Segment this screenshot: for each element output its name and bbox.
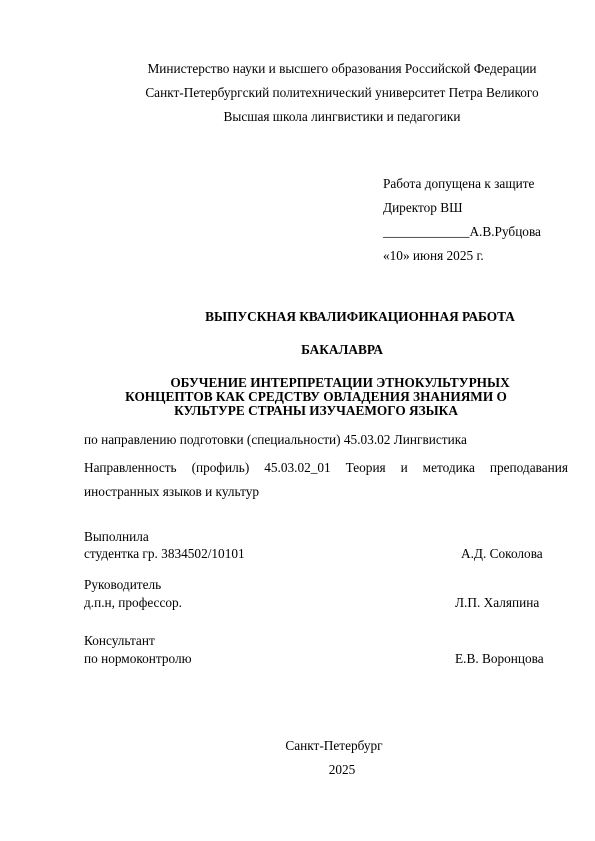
person-name: Л.П. Халяпина [455,595,539,611]
direction-line: по направлению подготовки (специальности… [84,432,467,448]
approval-date: «10» июня 2025 г. [383,248,484,264]
university-line: Санкт-Петербургский политехнический унив… [145,85,538,101]
profile-word: преподавания [490,460,568,476]
profile-word: методика [423,460,475,476]
profile-word: Направленность [84,460,177,476]
approval-text: Работа допущена к защите [383,176,534,192]
work-type-line2: БАКАЛАВРА [301,342,383,358]
profile-word: Теория [346,460,386,476]
profile-line1: Направленность (профиль) 45.03.02_01 Тео… [84,460,568,476]
year: 2025 [329,762,356,778]
profile-word: (профиль) [192,460,250,476]
approval-signature: _____________А.В.Рубцова [383,224,541,240]
person-name: А.Д. Соколова [461,546,543,562]
signer-name: А.В.Рубцова [469,224,541,239]
school-line: Высшая школа лингвистики и педагогики [224,109,461,125]
topic-line3: КУЛЬТУРЕ СТРАНЫ ИЗУЧАЕМОГО ЯЗЫКА [174,403,458,419]
signature-blank: _____________ [383,224,469,239]
profile-word: и [401,460,408,476]
person-role: Руководитель [84,577,161,593]
person-role: Выполнила [84,529,149,545]
person-detail: д.п.н, профессор. [84,595,182,611]
profile-line2: иностранных языков и культур [84,484,259,500]
approval-director: Директор ВШ [383,200,463,216]
ministry-line: Министерство науки и высшего образования… [147,61,536,77]
city: Санкт-Петербург [285,738,382,754]
person-detail: студентка гр. 3834502/10101 [84,546,245,562]
person-name: Е.В. Воронцова [455,651,544,667]
person-role: Консультант [84,633,155,649]
person-detail: по нормоконтролю [84,651,192,667]
work-type-line1: ВЫПУСКНАЯ КВАЛИФИКАЦИОННАЯ РАБОТА [205,309,515,325]
profile-word: 45.03.02_01 [264,460,330,476]
